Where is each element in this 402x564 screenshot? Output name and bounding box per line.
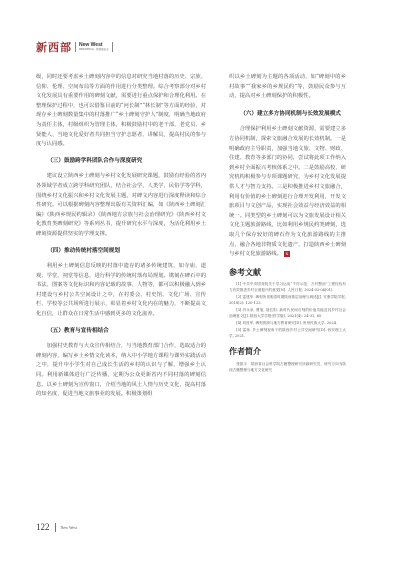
section-heading-3: （三）鼓励跨学科团队合作与深度研究 <box>36 157 206 167</box>
paragraph-final: 合理保护利用乡土碑刻文献资源，需要建立多方协同机制，探索文旅融合发展的长效机制。… <box>229 125 346 259</box>
left-column: 级，同时还要考虑乡土碑刻内容中的信息对研究当地村落的历史、宗族、信仰、伦理、空间… <box>36 73 206 400</box>
page-footer: 122 New West <box>36 522 77 532</box>
magazine-name: New West <box>61 525 77 530</box>
brand-subtitle: PERIODICAL · 新西部杂志 <box>79 49 109 52</box>
paragraph: 建议设立陕西乡土碑刻与乡村文化发展研究课题，鼓励有经验的省内各领域学者成立跨学科… <box>36 172 206 239</box>
section-heading-4: （四）推动传统村落空间规划 <box>36 247 206 257</box>
reference-item: [4] 刘晋军. 碑刻资源与地方教育研究[D]. 贵州民族大学, 2024. <box>229 320 346 326</box>
author-bio-text: 张凯宇 陕西省社会科学院古籍整理研究所副研究员，研究方向为陕西古籍整理与地方文化… <box>229 361 346 373</box>
paragraph: 加强村史教育与大众宣传相结合，与当地教育部门合作，选取适合的碑刻内容，编写乡土乡… <box>36 342 206 400</box>
reference-item: [5] 雷扬. 乡土碑刻视角下的陕西乡村公共空间研究[D]. 西安理工大学, 2… <box>229 327 346 339</box>
reference-item: [2] 雷建华. 碑刻所见明清时期陕西基层治理与调适[J]. 安康学院学报, 2… <box>229 294 346 306</box>
brand-english-name: New West <box>79 43 109 48</box>
author-bio-title: 作者简介 <box>229 347 346 357</box>
brand-block: New West PERIODICAL · 新西部杂志 <box>79 43 109 52</box>
paragraph: 织以乡土碑刻为主题的各项活动，如“碑刻中的乡村故事”“我家乡的乡规民约”等，鼓励… <box>229 73 346 102</box>
references-title: 参考文献 <box>229 268 346 278</box>
masthead-divider <box>75 42 76 52</box>
reference-item: [3] 冯永泉, 曹旭, 聂红阳. 新时代民间石刻的价值功能及其乡村社会治理意义… <box>229 307 346 319</box>
section-heading-5: （五）教育与宣传相结合 <box>36 327 206 337</box>
magazine-logo: 新西部 <box>36 39 72 55</box>
paragraph-text: 合理保护利用乡土碑刻文献资源，需要建立多方协同机制，探索文旅融合发展的长效机制。… <box>229 126 346 257</box>
masthead-divider-end <box>112 42 113 52</box>
masthead: 新西部 New West PERIODICAL · 新西部杂志 <box>36 40 116 54</box>
page-number: 122 <box>36 522 50 532</box>
references-list: [1] 中共中央国务院关于学习运用“千村示范、万村整治”工程经验有力有效推进乡村… <box>229 281 346 339</box>
paragraph: 级，同时还要考虑乡土碑刻内容中的信息对研究当地村落的历史、宗族、信仰、伦理、空间… <box>36 73 206 150</box>
footer-divider <box>55 523 56 532</box>
right-column: 织以乡土碑刻为主题的各项活动，如“碑刻中的乡村故事”“我家乡的乡规民约”等，鼓励… <box>229 73 346 373</box>
paragraph: 利用乡土碑刻信息反映的村落中遗存的诸多传统建筑，如寺庙、道观、学堂、祠堂等信息，… <box>36 262 206 320</box>
section-heading-6: （六）建立多方协同机制与长效发展模式 <box>229 110 346 120</box>
reference-item: [1] 中共中央国务院关于学习运用“千村示范、万村整治”工程经验有力有效推进乡村… <box>229 281 346 293</box>
article-end-icon: X <box>284 251 290 257</box>
